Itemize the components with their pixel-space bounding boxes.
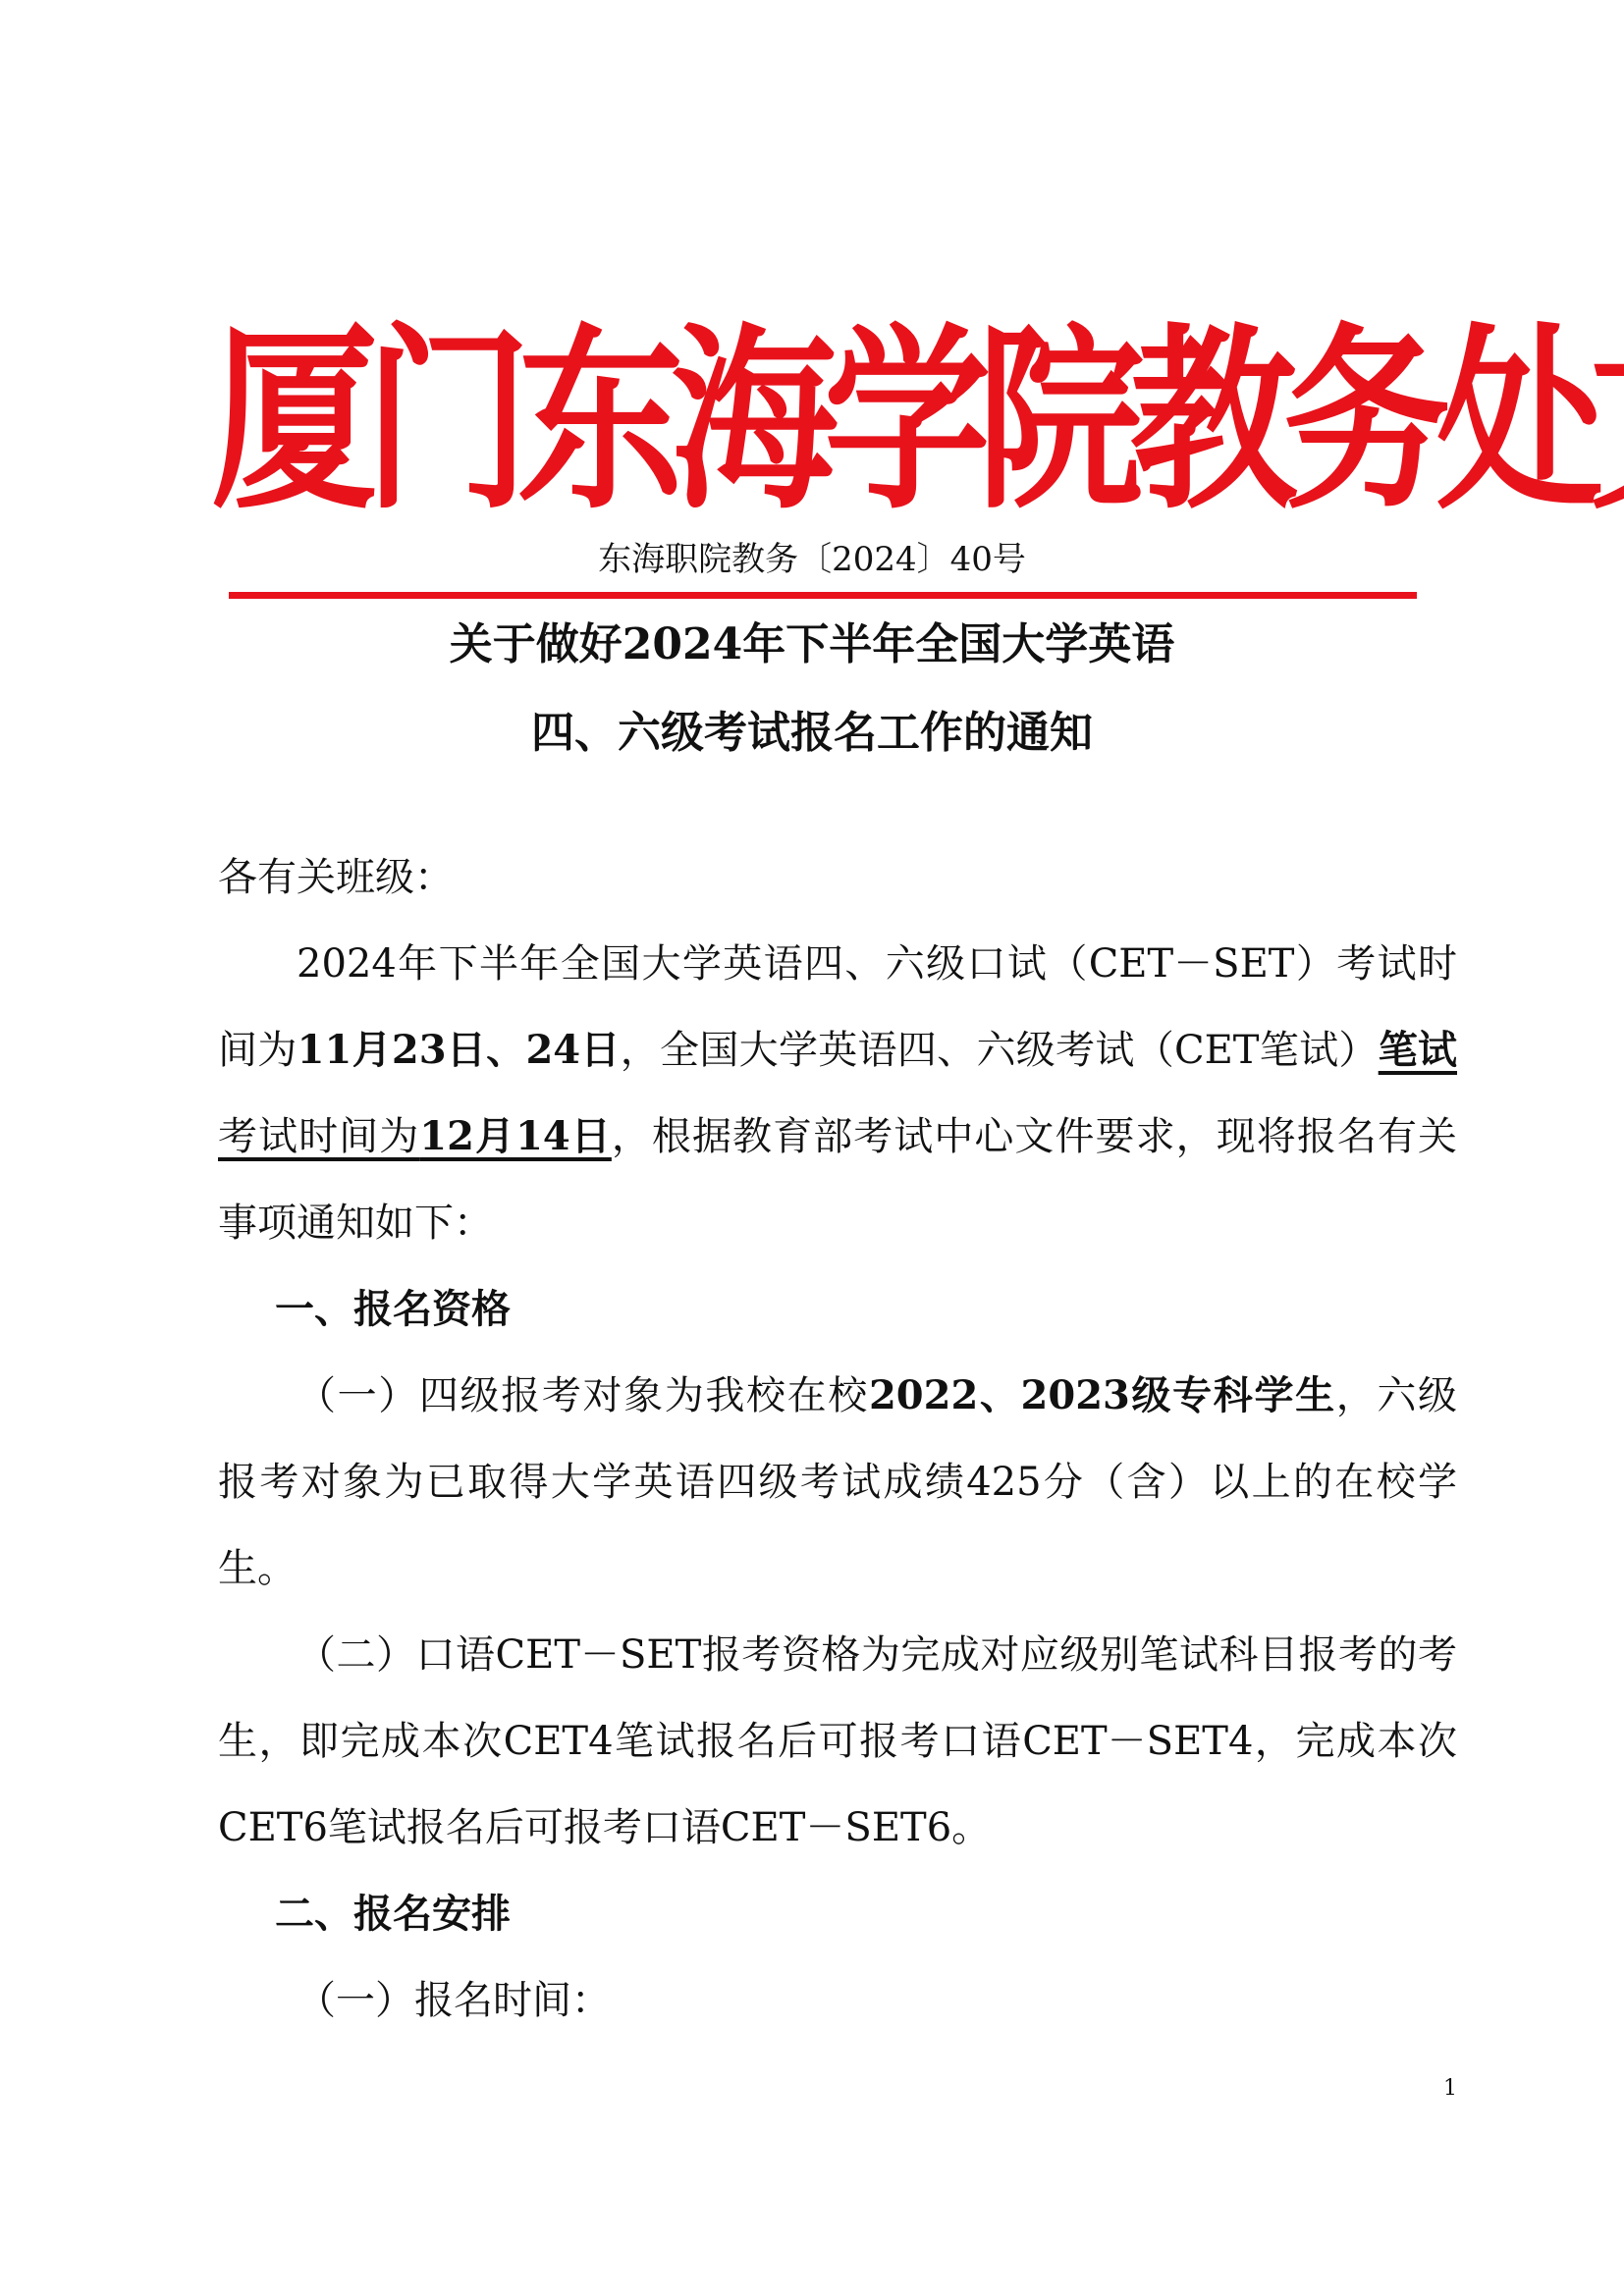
eligibility-item-2: （二）口语CET－SET报考资格为完成对应级别笔试科目报考的考生，即完成本次CE… — [218, 1612, 1457, 1871]
section-heading-arrangement: 二、报名安排 — [218, 1871, 1457, 1957]
intro-paragraph: 2024年下半年全国大学英语四、六级口试（CET－SET）考试时间为11月23日… — [218, 921, 1457, 1266]
org-header-title: 厦门东海学院教务处文件 — [211, 294, 1429, 550]
salutation: 各有关班级： — [218, 834, 1457, 921]
document-title-line2: 四、六级考试报名工作的通知 — [0, 704, 1624, 763]
oral-exam-dates: 11月23日、24日 — [298, 1027, 621, 1073]
intro-text: ，全国大学英语四、六级考试（CET笔试） — [621, 1028, 1379, 1073]
document-number: 东海职院教务〔2024〕40号 — [0, 535, 1624, 584]
page-number: 1 — [1443, 2076, 1457, 2101]
document-body: 各有关班级： 2024年下半年全国大学英语四、六级口试（CET－SET）考试时间… — [218, 834, 1457, 2044]
section-heading-eligibility: 一、报名资格 — [218, 1266, 1457, 1353]
written-exam-date: 12月14日 — [419, 1113, 612, 1159]
document-title-line1: 关于做好2024年下半年全国大学英语 — [0, 615, 1624, 674]
red-divider — [229, 592, 1417, 599]
eligibility-item-1: （一）四级报考对象为我校在校2022、2023级专科学生，六级报考对象为已取得大… — [218, 1353, 1457, 1612]
item-text: （一）四级报考对象为我校在校 — [297, 1373, 869, 1418]
eligible-grades: 2022、2023级专科学生 — [869, 1372, 1336, 1418]
written-exam-text: 考试时间为 — [218, 1114, 419, 1159]
arrangement-item-1: （一）报名时间： — [218, 1957, 1457, 2044]
written-exam-label: 笔试 — [1379, 1027, 1457, 1073]
